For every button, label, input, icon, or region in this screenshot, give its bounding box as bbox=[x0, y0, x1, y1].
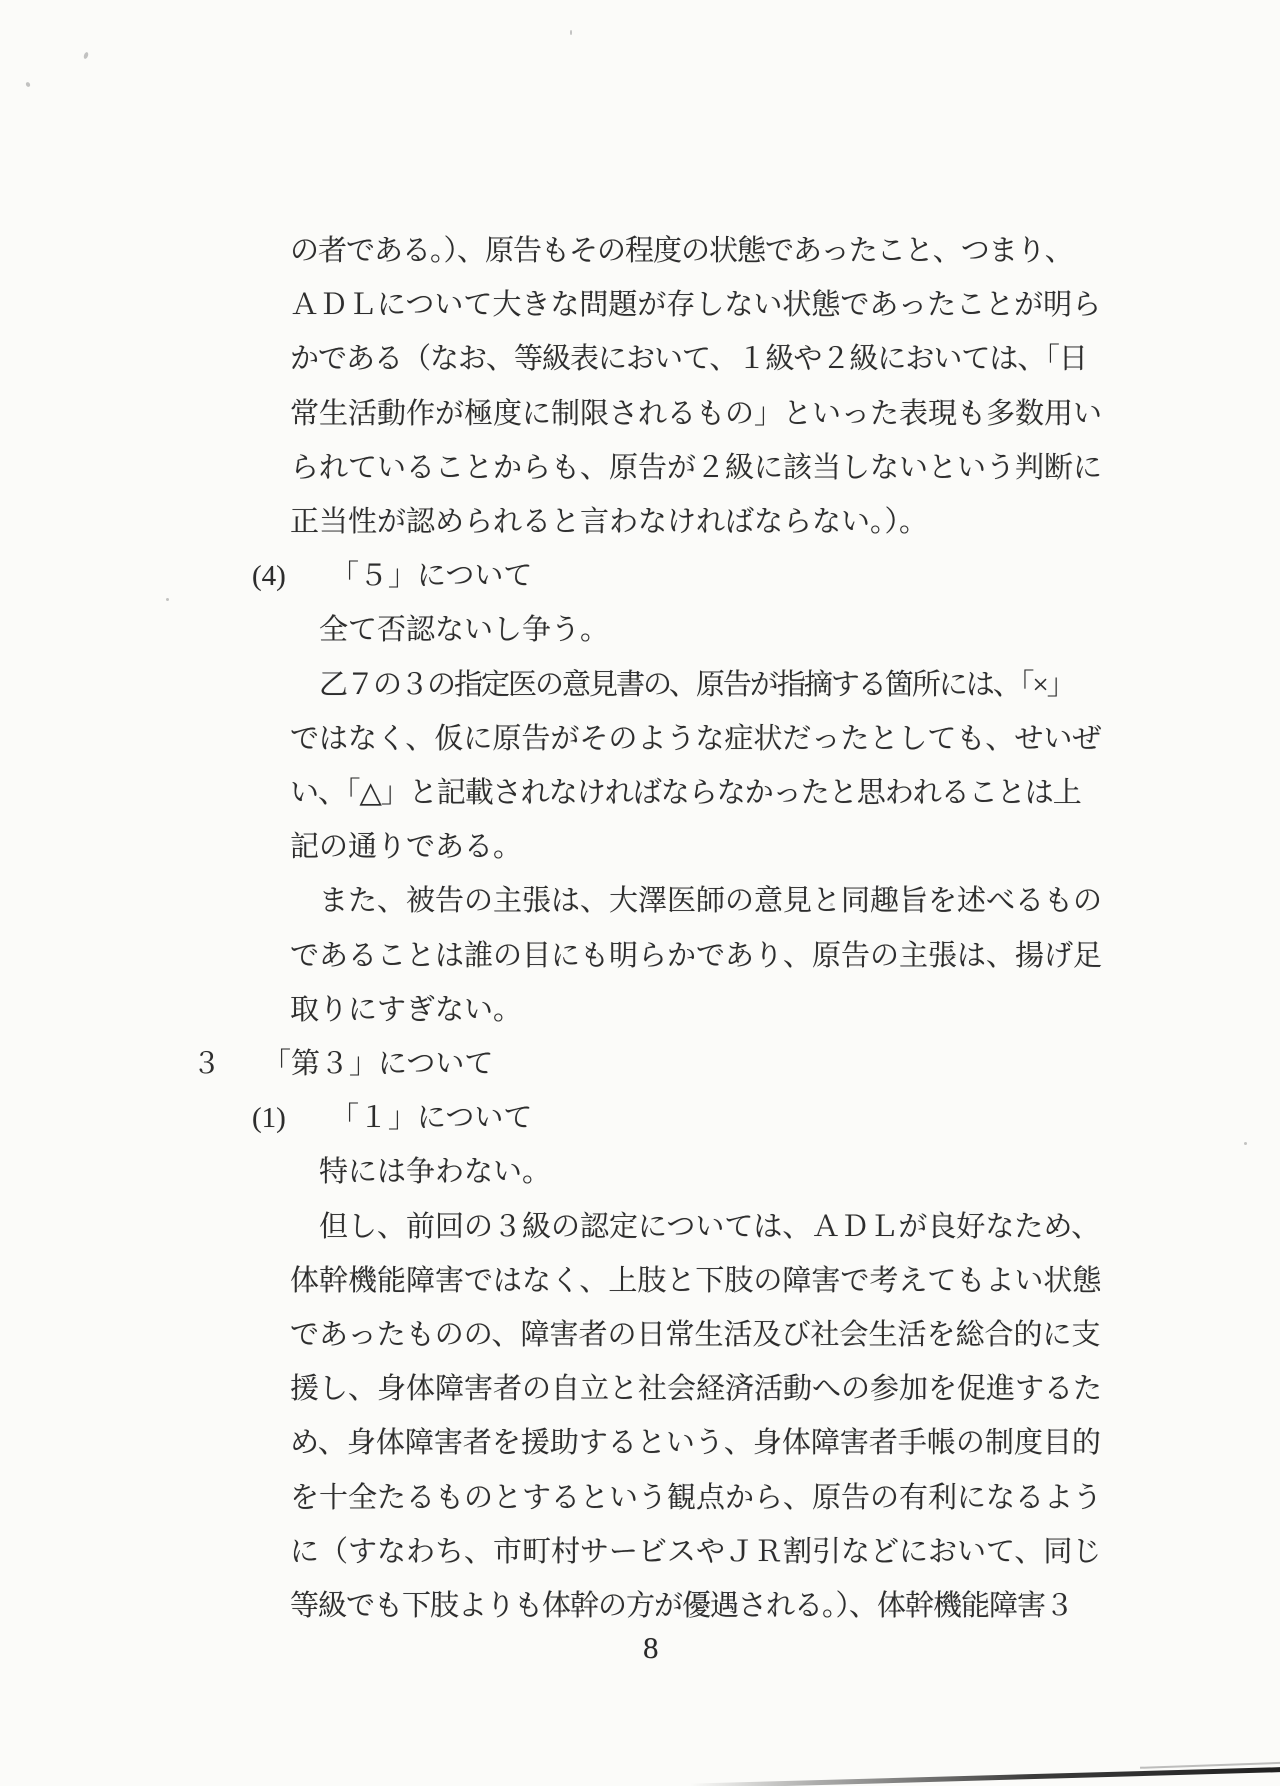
text-line: 取りにすぎない。 bbox=[0, 991, 1280, 1033]
text-segment: かである（なお、等級表において、１級や２級においては、「日 bbox=[290, 340, 1087, 378]
scan-speck bbox=[25, 81, 31, 87]
text-line: い、「△」と記載されなければならなかったと思われることは上 bbox=[0, 774, 1280, 816]
text-segment: であることは誰の目にも明らかであり、原告の主張は、揚げ足 bbox=[290, 937, 1102, 975]
scan-speck bbox=[166, 598, 169, 601]
text-segment: 但し、前回の３級の認定については、ＡＤＬが良好なため、 bbox=[319, 1208, 1100, 1246]
text-line: であることは誰の目にも明らかであり、原告の主張は、揚げ足 bbox=[0, 937, 1280, 979]
text-line: め、身体障害者を援助するという、身体障害者手帳の制度目的 bbox=[0, 1424, 1280, 1466]
text-line: 記の通りである。 bbox=[0, 828, 1280, 870]
text-segment: であったものの、障害者の日常生活及び社会生活を総合的に支 bbox=[290, 1316, 1101, 1354]
text-segment: 常生活動作が極度に制限されるもの」といった表現も多数用い bbox=[290, 395, 1102, 433]
text-line: 乙７の３の指定医の意見書の、原告が指摘する箇所には、「×」 bbox=[0, 666, 1280, 708]
text-line: (4)「５」について bbox=[0, 557, 1280, 599]
text-segment: ではなく、仮に原告がそのような症状だったとしても、せいぜ bbox=[290, 720, 1101, 758]
text-line: 全て否認ないし争う。 bbox=[0, 611, 1280, 653]
text-segment: られていることからも、原告が２級に該当しないという判断に bbox=[290, 449, 1102, 487]
text-line: ではなく、仮に原告がそのような症状だったとしても、せいぜ bbox=[0, 720, 1280, 762]
text-line: 体幹機能障害ではなく、上肢と下肢の障害で考えてもよい状態 bbox=[0, 1262, 1280, 1304]
text-segment: 「第３」について bbox=[262, 1045, 493, 1083]
text-line: また、被告の主張は、大澤医師の意見と同趣旨を述べるもの bbox=[0, 882, 1280, 924]
page-number: 8 bbox=[643, 1630, 659, 1666]
text-line: ３「第３」について bbox=[0, 1045, 1280, 1087]
text-line: 援し、身体障害者の自立と社会経済活動への参加を促進するた bbox=[0, 1370, 1280, 1412]
text-segment: 記の通りである。 bbox=[290, 828, 522, 866]
scan-speck bbox=[570, 30, 572, 35]
text-segment: 「５」について bbox=[330, 557, 532, 595]
text-segment: 取りにすぎない。 bbox=[290, 991, 522, 1029]
text-segment: ３ bbox=[192, 1045, 221, 1083]
text-segment: 乙７の３の指定医の意見書の、原告が指摘する箇所には、「×」 bbox=[319, 666, 1074, 704]
text-segment: 正当性が認められると言わなければならない。）。 bbox=[290, 503, 928, 541]
text-segment: (4) bbox=[252, 557, 286, 595]
text-line: かである（なお、等級表において、１級や２級においては、「日 bbox=[0, 340, 1280, 382]
text-segment: 体幹機能障害ではなく、上肢と下肢の障害で考えてもよい状態 bbox=[290, 1262, 1101, 1300]
text-segment: (1) bbox=[252, 1099, 286, 1137]
text-segment: を十全たるものとするという観点から、原告の有利になるよう bbox=[290, 1479, 1102, 1517]
text-line: であったものの、障害者の日常生活及び社会生活を総合的に支 bbox=[0, 1316, 1280, 1358]
text-line: (1)「１」について bbox=[0, 1099, 1280, 1141]
text-line: 等級でも下肢よりも体幹の方が優遇される。）、体幹機能障害３ bbox=[0, 1587, 1280, 1629]
text-segment: 援し、身体障害者の自立と社会経済活動への参加を促進するた bbox=[290, 1370, 1102, 1408]
scanned-document-page: の者である。）、原告もその程度の状態であったこと、つまり、ＡＤＬについて大きな問… bbox=[0, 0, 1280, 1786]
text-segment: の者である。）、原告もその程度の状態であったこと、つまり、 bbox=[290, 232, 1073, 270]
text-segment: い、「△」と記載されなければならなかったと思われることは上 bbox=[290, 774, 1081, 812]
text-line: ＡＤＬについて大きな問題が存しない状態であったことが明ら bbox=[0, 286, 1280, 328]
text-segment: に（すなわち、市町村サービスやＪＲ割引などにおいて、同じ bbox=[290, 1533, 1101, 1571]
text-line: を十全たるものとするという観点から、原告の有利になるよう bbox=[0, 1479, 1280, 1521]
text-line: に（すなわち、市町村サービスやＪＲ割引などにおいて、同じ bbox=[0, 1533, 1280, 1575]
text-segment: また、被告の主張は、大澤医師の意見と同趣旨を述べるもの bbox=[319, 882, 1102, 920]
scan-speck bbox=[830, 903, 833, 906]
text-segment: め、身体障害者を援助するという、身体障害者手帳の制度目的 bbox=[290, 1424, 1101, 1462]
text-line: 正当性が認められると言わなければならない。）。 bbox=[0, 503, 1280, 545]
text-line: 常生活動作が極度に制限されるもの」といった表現も多数用い bbox=[0, 395, 1280, 437]
scan-artifact-bottom-line bbox=[690, 1766, 1280, 1786]
text-line: られていることからも、原告が２級に該当しないという判断に bbox=[0, 449, 1280, 491]
text-segment: 等級でも下肢よりも体幹の方が優遇される。）、体幹機能障害３ bbox=[290, 1587, 1073, 1625]
text-line: 但し、前回の３級の認定については、ＡＤＬが良好なため、 bbox=[0, 1208, 1280, 1250]
text-line: の者である。）、原告もその程度の状態であったこと、つまり、 bbox=[0, 232, 1280, 274]
text-segment: 全て否認ないし争う。 bbox=[319, 611, 609, 649]
text-segment: ＡＤＬについて大きな問題が存しない状態であったことが明ら bbox=[290, 286, 1101, 324]
text-line: 特には争わない。 bbox=[0, 1153, 1280, 1195]
scan-speck bbox=[1244, 1142, 1247, 1145]
text-segment: 特には争わない。 bbox=[319, 1153, 551, 1191]
text-segment: 「１」について bbox=[330, 1099, 532, 1137]
scan-speck bbox=[83, 52, 89, 60]
